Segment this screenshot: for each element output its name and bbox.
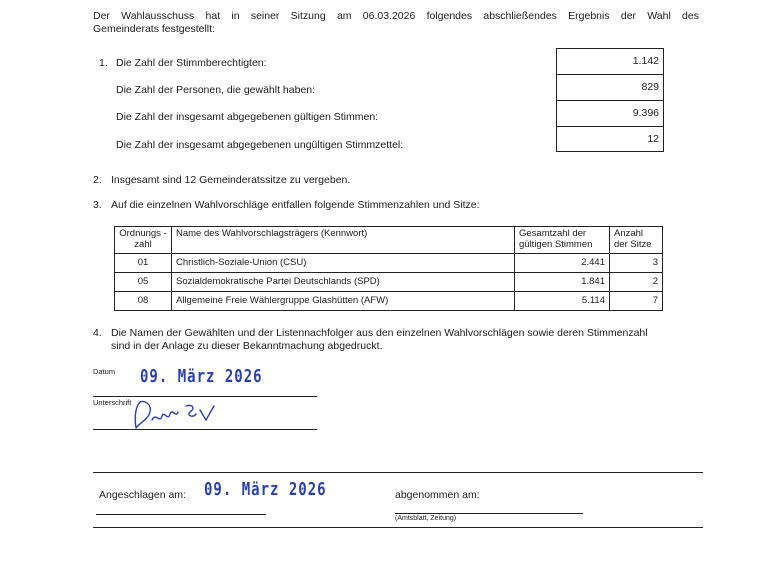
stat-values-box: 1.142 829 9.396 12 (556, 48, 664, 152)
cell-valid-votes: 5.114 (515, 292, 610, 311)
section-4-line-2: sind in der Anlage zu dieser Bekanntmach… (111, 340, 648, 353)
header-valid-votes: Gesamtzahl der gültigen Stimmen (515, 227, 610, 254)
cell-valid-votes: 1.841 (515, 273, 610, 292)
table-row: 01 Christlich-Soziale-Union (CSU) 2.441 … (115, 254, 663, 273)
posting-top-rule (93, 472, 703, 473)
stat-label-eligible: Die Zahl der Stimmberechtigten: (116, 57, 267, 69)
section-2-text: Insgesamt sind 12 Gemeinderatssitze zu v… (111, 174, 350, 186)
cell-order-number: 01 (115, 254, 172, 273)
date-stamp: 09. März 2026 (140, 367, 263, 387)
section-4-number: 4. (93, 327, 102, 339)
section-3-number: 3. (93, 199, 102, 211)
section-2-number: 2. (93, 174, 102, 186)
cell-valid-votes: 2.441 (515, 254, 610, 273)
removed-label: abgenommen am: (395, 489, 480, 501)
section-4-line-1: Die Namen der Gewählten und der Listenna… (111, 327, 648, 340)
posting-bottom-rule (93, 527, 703, 528)
signature-underline (93, 429, 317, 430)
removed-underline (395, 513, 583, 514)
handwritten-signature (130, 398, 220, 432)
section-1-number: 1. (99, 57, 108, 69)
table-header-row: Ordnungs - zahl Name des Wahlvorschlagst… (115, 227, 663, 254)
cell-order-number: 05 (115, 273, 172, 292)
stat-value-voters: 829 (557, 74, 663, 100)
cell-seats: 7 (610, 292, 663, 311)
stat-label-invalid-ballots: Die Zahl der insgesamt abgegebenen ungül… (116, 139, 403, 151)
cell-seats: 3 (610, 254, 663, 273)
cell-party-name: Allgemeine Freie Wählergruppe Glashütten… (172, 292, 515, 311)
results-table: Ordnungs - zahl Name des Wahlvorschlagst… (114, 226, 663, 311)
posted-label: Angeschlagen am: (99, 489, 186, 501)
stat-value-invalid-ballots: 12 (557, 126, 663, 152)
cell-party-name: Sozialdemokratische Partei Deutschlands … (172, 273, 515, 292)
date-label: Datum (93, 367, 115, 376)
posted-underline (96, 514, 266, 515)
intro-line-2: Gemeinderats festgestellt: (93, 23, 215, 35)
stat-value-eligible: 1.142 (557, 48, 663, 74)
header-order-number: Ordnungs - zahl (115, 227, 172, 254)
stat-value-valid-votes: 9.396 (557, 100, 663, 126)
table-row: 08 Allgemeine Freie Wählergruppe Glashüt… (115, 292, 663, 311)
intro-line-1: Der Wahlausschuss hat in seiner Sitzung … (93, 10, 699, 23)
posted-stamp: 09. März 2026 (204, 480, 327, 500)
header-seats: Anzahl der Sitze (610, 227, 663, 254)
section-3-text: Auf die einzelnen Wahlvorschläge entfall… (111, 199, 480, 211)
signature-label: Unterschrift (93, 398, 131, 407)
header-party-name: Name des Wahlvorschlagsträgers (Kennwort… (172, 227, 515, 254)
stat-label-valid-votes: Die Zahl der insgesamt abgegebenen gülti… (116, 111, 378, 123)
cell-order-number: 08 (115, 292, 172, 311)
cell-seats: 2 (610, 273, 663, 292)
section-4-text: Die Namen der Gewählten und der Listenna… (111, 327, 648, 353)
cell-party-name: Christlich-Soziale-Union (CSU) (172, 254, 515, 273)
stat-label-voters: Die Zahl der Personen, die gewählt haben… (116, 84, 315, 96)
removed-caption: (Amtsblatt, Zeitung) (395, 515, 456, 522)
date-underline (93, 396, 317, 397)
table-row: 05 Sozialdemokratische Partei Deutschlan… (115, 273, 663, 292)
intro-paragraph: Der Wahlausschuss hat in seiner Sitzung … (93, 10, 699, 36)
